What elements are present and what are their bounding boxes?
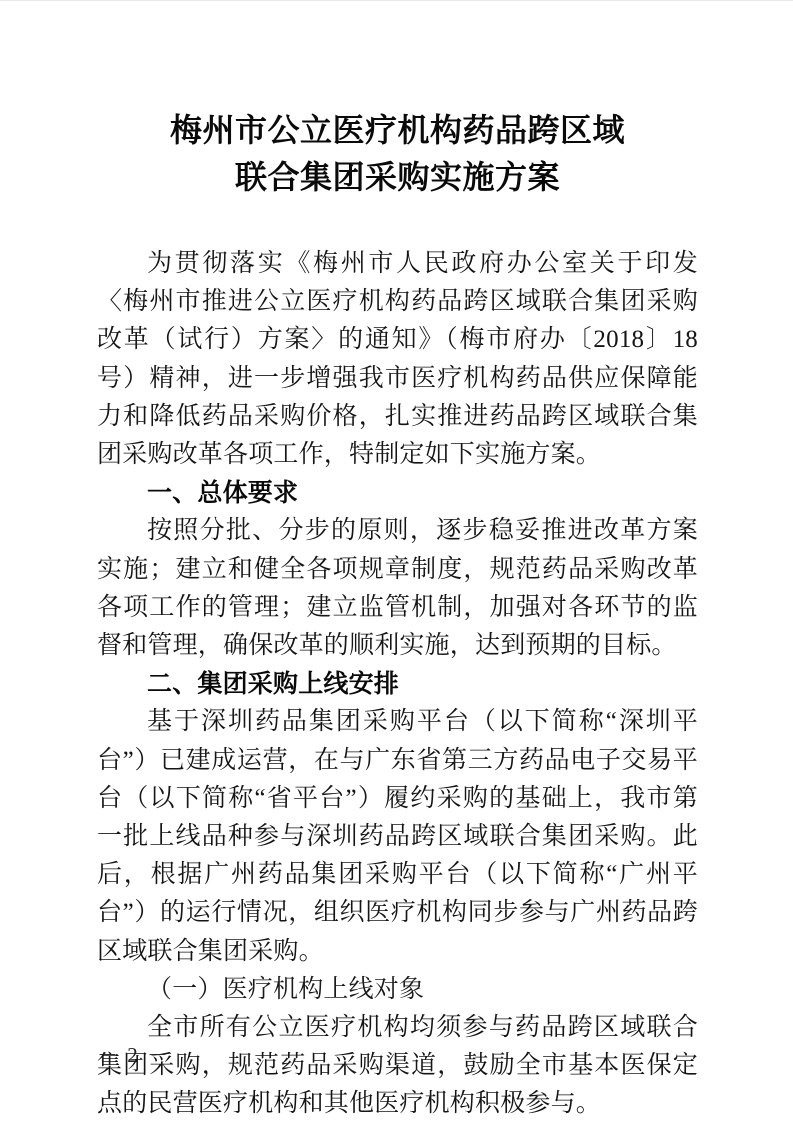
document-title-line-1: 梅州市公立医疗机构药品跨区域: [170, 112, 625, 148]
section-heading-2: 二、集团采购上线安排: [97, 665, 698, 703]
document-page: 梅州市公立医疗机构药品跨区域 联合集团采购实施方案 为贯彻落实《梅州市人民政府办…: [0, 0, 793, 1123]
document-title: 梅州市公立医疗机构药品跨区域 联合集团采购实施方案: [97, 107, 698, 201]
document-content: 梅州市公立医疗机构药品跨区域 联合集团采购实施方案 为贯彻落实《梅州市人民政府办…: [97, 1, 698, 1123]
section-heading-1: 一、总体要求: [97, 474, 698, 512]
document-title-line-2: 联合集团采购实施方案: [235, 159, 560, 195]
paragraph-institution-scope: 全市所有公立医疗机构均须参与药品跨区域联合集团采购，规范药品采购渠道，鼓励全市基…: [97, 1009, 698, 1123]
paragraph-overall-requirements: 按照分批、分步的原则，逐步稳妥推进改革方案实施；建立和健全各项规章制度，规范药品…: [97, 512, 698, 665]
paragraph-platform-arrangement: 基于深圳药品集团采购平台（以下简称“深圳平台”）已建成运营，在与广东省第三方药品…: [97, 703, 698, 970]
page-number: － 2 －: [97, 1039, 170, 1069]
subsection-heading-1: （一）医疗机构上线对象: [97, 971, 698, 1009]
paragraph-intro: 为贯彻落实《梅州市人民政府办公室关于印发〈梅州市推进公立医疗机构药品跨区域联合集…: [97, 245, 698, 474]
